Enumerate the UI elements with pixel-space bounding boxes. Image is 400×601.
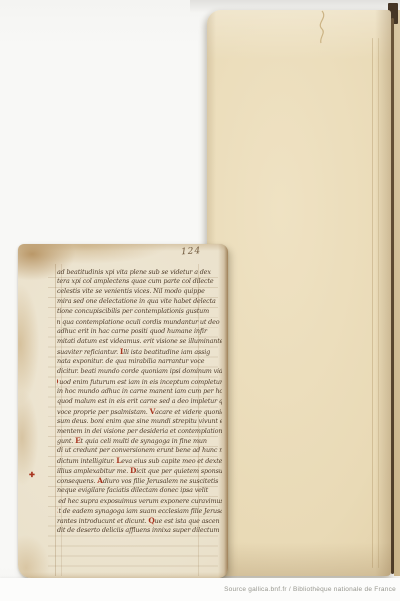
manuscript-text-line: tione concupiscibilis per contemplationi…: [57, 307, 222, 317]
margin-rule-line: [55, 264, 56, 576]
manuscript-text-line: dit de deserto deliciis affluens innixa …: [57, 526, 222, 536]
folio-number: 124: [181, 245, 222, 258]
manuscript-text-line: ad beatitudinis xpi vita plene sub se vi…: [57, 268, 222, 278]
gallica-manuscript-scan: 124 ✚ ad beatitudinis xpi vita plene sub…: [0, 0, 400, 601]
manuscript-text-line: illius amplexabitur me. Dicit que per qu…: [57, 466, 222, 476]
page-crease: [378, 38, 380, 568]
manuscript-text-line: celestis vite se venientis vices. Nil mo…: [57, 287, 222, 297]
blank-flyleaf-page: [207, 10, 391, 576]
page-edges-strip: [394, 10, 400, 576]
page-crease: [372, 38, 374, 568]
manuscript-text-line: in hoc mundo adhuc in carne manent iam c…: [57, 387, 222, 397]
manuscript-text-line: neque evigilare faciatis dilectam donec …: [57, 486, 222, 496]
marginal-cross-mark: ✚: [29, 470, 35, 479]
text-block: ad beatitudinis xpi vita plene sub se vi…: [57, 268, 222, 536]
manuscript-text-line: sum deus. boni enim que sine mundi strep…: [57, 417, 222, 427]
manuscript-text-line: Sed hec supra exposuimus verum exponere …: [57, 496, 222, 506]
manuscript-text-line: dictum intelligitur. Leva eius sub capit…: [57, 456, 222, 466]
paper-fiber: [311, 10, 333, 44]
manuscript-text-line: quod malum est in eis erit carne sed a d…: [57, 397, 222, 407]
manuscript-text-line: rantes introducunt et dicunt. Que est is…: [57, 516, 222, 526]
manuscript-text-line: voce proprie per psalmistam. Vacare et v…: [57, 407, 222, 417]
manuscript-text-line: adhuc erit in hac carne positi quod huma…: [57, 327, 222, 337]
manuscript-text-line: consequens. Adiuro vos filie Jerusalem n…: [57, 476, 222, 486]
manuscript-text-line: tera xpi col amplectens quae cum parte c…: [57, 277, 222, 287]
manuscript-text-line: In qua contemplatione oculi cordis munda…: [57, 317, 222, 327]
manuscript-text-line: nata exponitur. de qua mirabilia narrant…: [57, 357, 222, 367]
book-spine-edge: [391, 18, 394, 574]
manuscript-text-line: mira sed one delectatione in qua vite ha…: [57, 297, 222, 307]
manuscript-text-line: di ut credunt per conversionem erunt ben…: [57, 446, 222, 456]
manuscript-text-line: Et de eadem synagoga iam suam ecclesiam …: [57, 506, 222, 516]
manuscript-text-line: dicitur. beati mundo corde quoniam ipsi …: [57, 367, 222, 377]
manuscript-text-line: Quod enim futurum est iam in eis inceptu…: [57, 377, 222, 387]
manuscript-text-line: suaviter reficiantur. Illi ista beatitud…: [57, 347, 222, 357]
manuscript-text-line: mentem in dei visione per desideria et c…: [57, 427, 222, 437]
source-credit: Source gallica.bnf.fr / Bibliothèque nat…: [224, 586, 396, 593]
manuscript-text-line: mitati datum est videamus. erit visione …: [57, 337, 222, 347]
manuscript-text-line: gunt. Et quia celi multi de synagoga in …: [57, 436, 222, 446]
manuscript-page: 124 ✚ ad beatitudinis xpi vita plene sub…: [18, 244, 228, 578]
footer: Source gallica.bnf.fr / Bibliothèque nat…: [0, 578, 400, 601]
